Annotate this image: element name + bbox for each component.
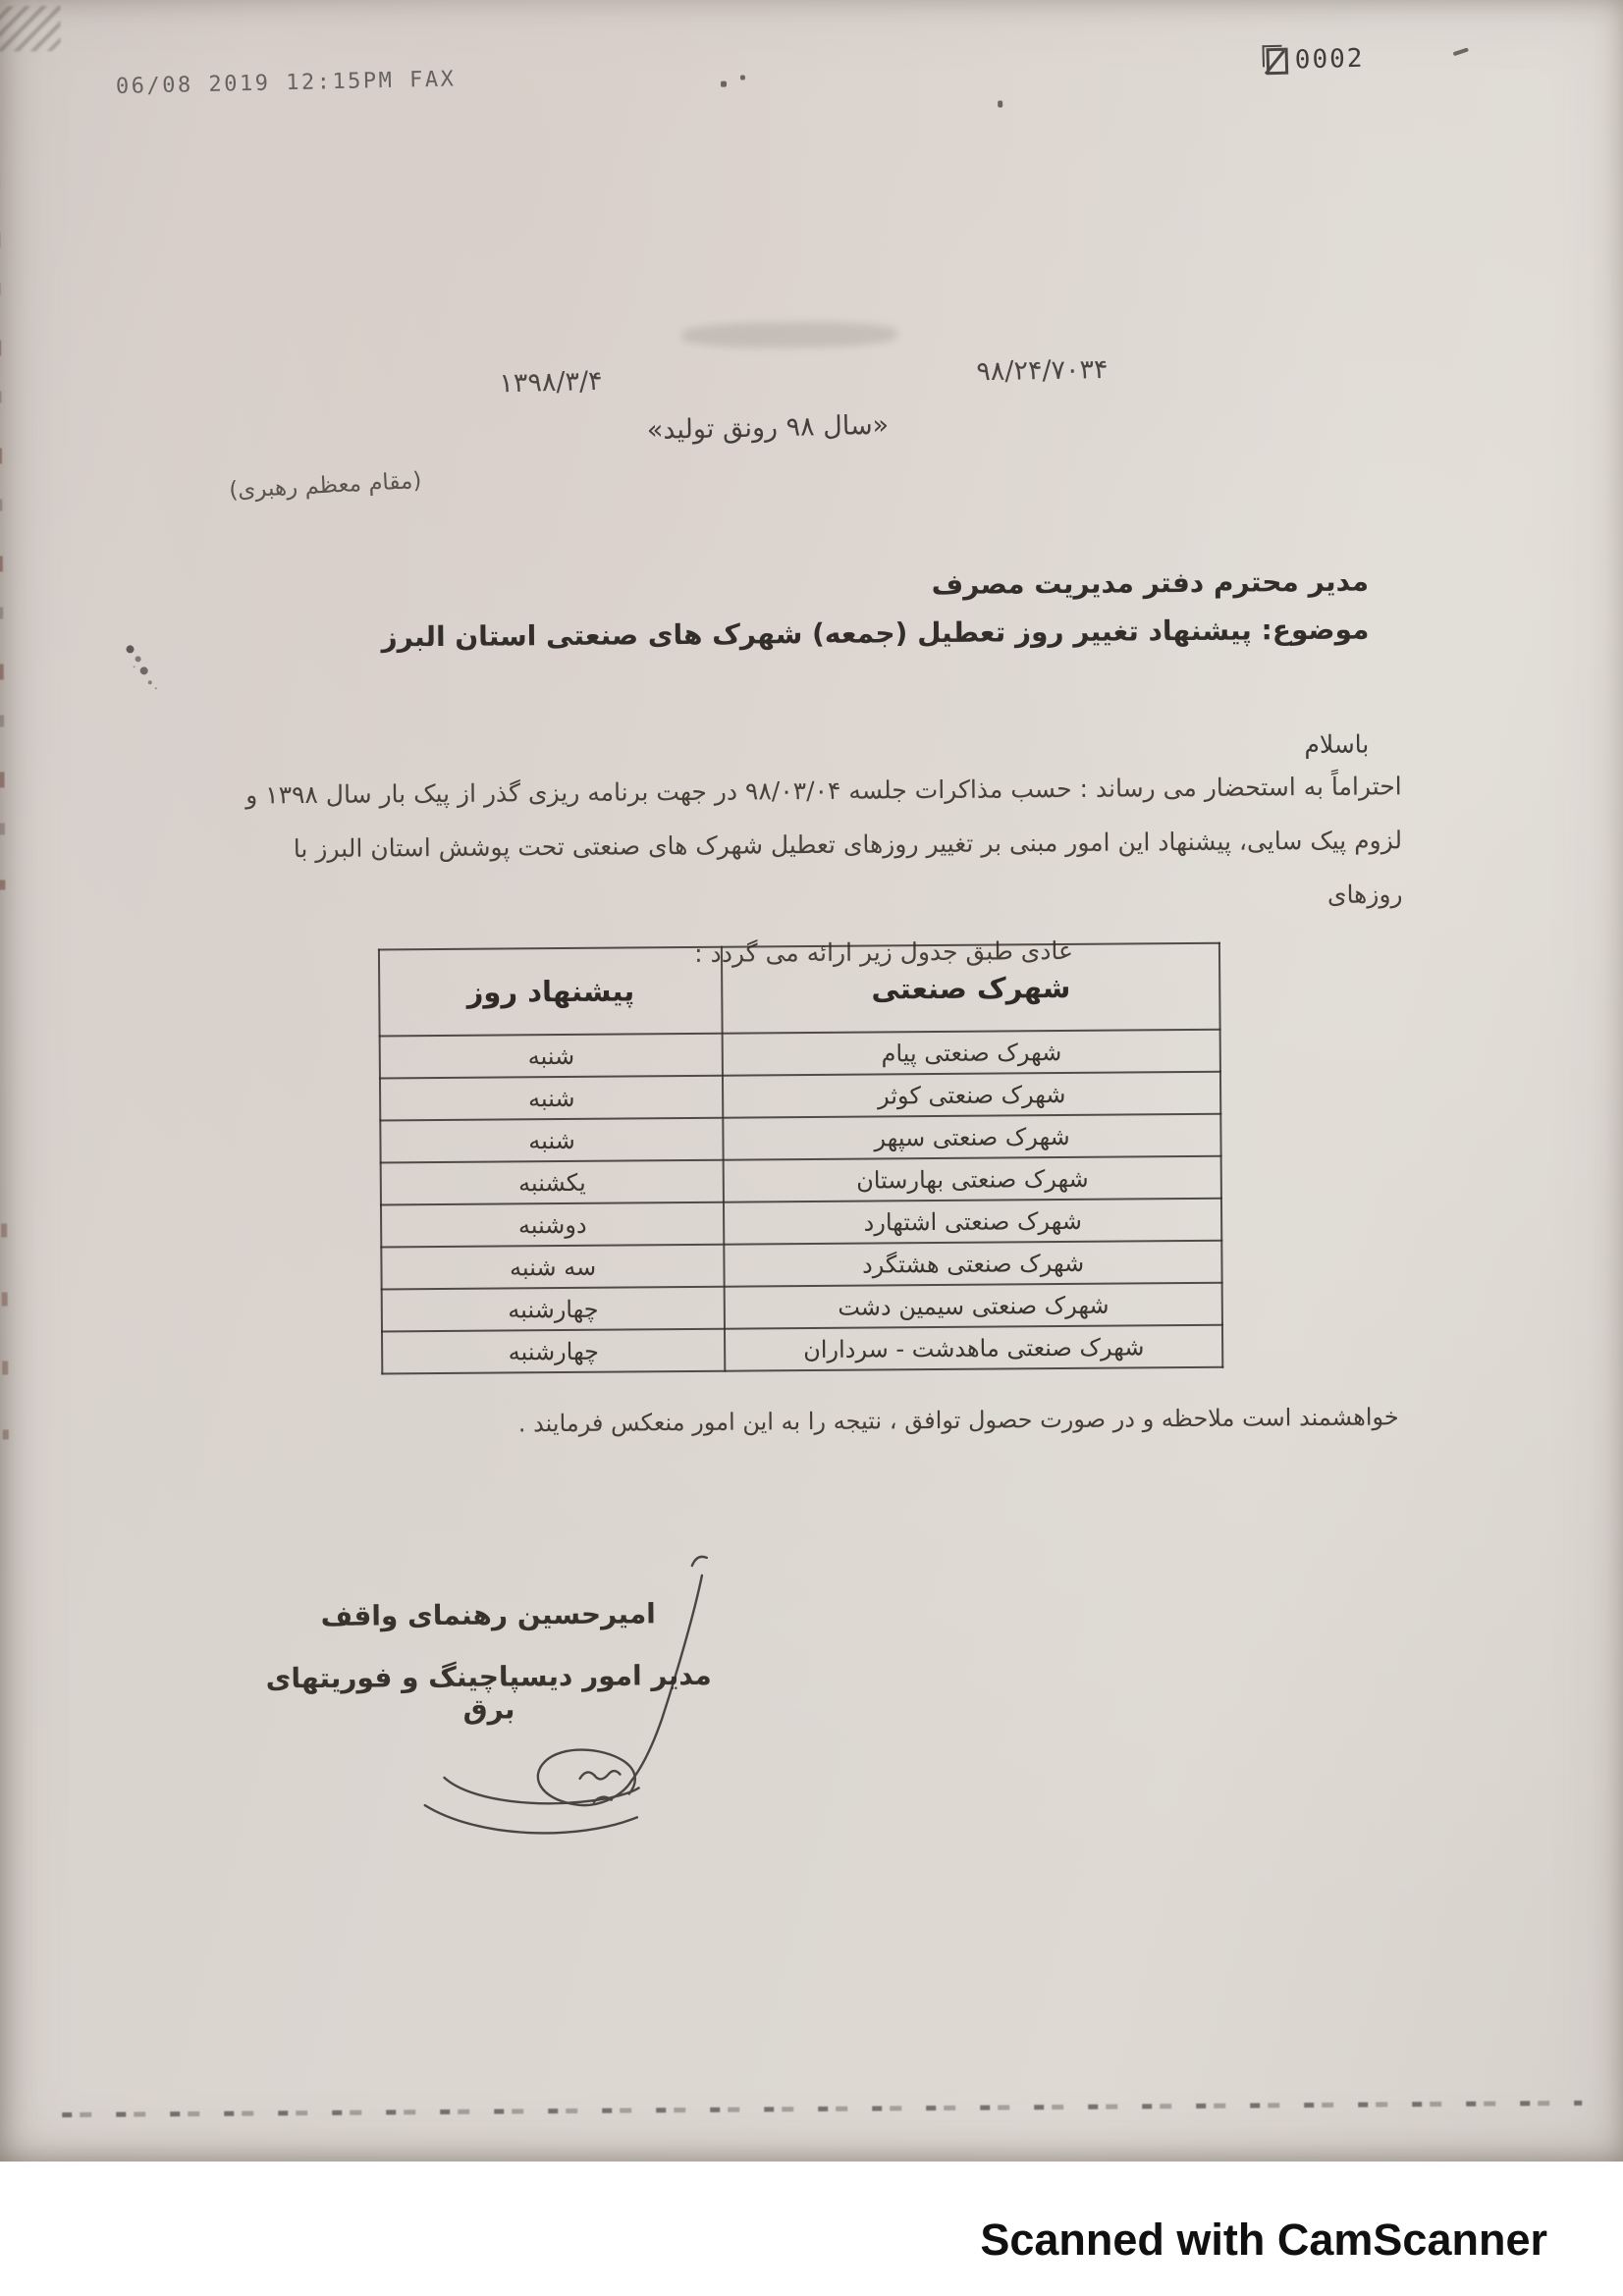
- day-cell: یکشنبه: [381, 1160, 725, 1205]
- fax-timestamp: 06/08 2019 12:15PM FAX: [116, 67, 457, 99]
- day-cell: دوشنبه: [381, 1202, 725, 1248]
- body-line: احتراماً به استحضار می رساند : حسب مذاکر…: [215, 759, 1401, 822]
- town-cell: شهرک صنعتی بهارستان: [724, 1156, 1221, 1202]
- holiday-proposal-table: شهرک صنعتی پیشنهاد روز شهرک صنعتی پیام ش…: [378, 942, 1223, 1375]
- scan-edge-noise: [1, 1223, 9, 1439]
- town-cell: شهرک صنعتی ماهدشت - سرداران: [725, 1325, 1222, 1371]
- table-row: شهرک صنعتی بهارستان یکشنبه: [381, 1156, 1221, 1205]
- table-row: شهرک صنعتی کوثر شنبه: [380, 1072, 1220, 1121]
- town-cell: شهرک صنعتی سیمین دشت: [725, 1283, 1222, 1329]
- signer-title: مدیر امور دیسپاچینگ و فوریتهای برق: [250, 1659, 729, 1728]
- scan-edge-noise: [0, 124, 5, 889]
- fax-page-number: 0002: [1294, 44, 1364, 76]
- day-cell: شنبه: [380, 1034, 724, 1079]
- table-header-row: شهرک صنعتی پیشنهاد روز: [379, 943, 1220, 1037]
- fax-page-icon: [1267, 47, 1289, 75]
- body-line: لزوم پیک سایی، پیشنهاد این امور مبنی بر …: [216, 813, 1403, 930]
- scanned-paper: 06/08 2019 12:15PM FAX 0002 ۹۸/۲۴/۷۰۳۴ ۱…: [0, 0, 1623, 2162]
- fax-page-indicator: 0002: [1266, 44, 1364, 77]
- column-header-day: پیشنهاد روز: [379, 947, 723, 1037]
- leader-attribution: (مقام معظم رهبری): [229, 468, 422, 504]
- salutation: باسلام: [1304, 730, 1369, 760]
- scan-speck: [998, 100, 1002, 107]
- scanned-fax-page: 06/08 2019 12:15PM FAX 0002 ۹۸/۲۴/۷۰۳۴ ۱…: [0, 0, 1623, 2296]
- table-row: شهرک صنعتی سیمین دشت چهارشنبه: [382, 1283, 1222, 1332]
- day-cell: شنبه: [380, 1118, 724, 1163]
- table-row: شهرک صنعتی هشتگرد سه شنبه: [381, 1241, 1221, 1290]
- signature-block: امیرحسین رهنمای واقف مدیر امور دیسپاچینگ…: [249, 1597, 728, 1728]
- day-cell: شنبه: [380, 1076, 724, 1121]
- letter-ref-number: ۹۸/۲۴/۷۰۳۴: [976, 354, 1109, 387]
- scan-speck: [740, 75, 745, 80]
- day-cell: چهارشنبه: [382, 1329, 726, 1374]
- town-cell: شهرک صنعتی اشتهارد: [724, 1199, 1221, 1245]
- column-header-town: شهرک صنعتی: [722, 943, 1219, 1034]
- town-cell: شهرک صنعتی کوثر: [723, 1072, 1220, 1118]
- scan-speck: [1453, 47, 1469, 56]
- table-row: شهرک صنعتی سپهر شنبه: [380, 1114, 1220, 1163]
- day-cell: چهارشنبه: [382, 1287, 726, 1332]
- town-cell: شهرک صنعتی پیام: [723, 1030, 1220, 1076]
- table-row: شهرک صنعتی ماهدشت - سرداران چهارشنبه: [382, 1325, 1222, 1374]
- subject-line: موضوع: پیشنهاد تغییر روز تعطیل (جمعه) شه…: [381, 614, 1369, 654]
- recipient-line: مدیر محترم دفتر مدیریت مصرف: [381, 565, 1369, 606]
- table-row: شهرک صنعتی پیام شنبه: [380, 1030, 1220, 1079]
- paper-content: 06/08 2019 12:15PM FAX 0002 ۹۸/۲۴/۷۰۳۴ ۱…: [0, 0, 1623, 2167]
- signer-name: امیرحسین رهنمای واقف: [249, 1597, 727, 1633]
- year-slogan: «سال ۹۸ رونق تولید»: [646, 410, 889, 446]
- camscanner-watermark: Scanned with CamScanner: [980, 2215, 1547, 2266]
- faint-smudge: [681, 321, 897, 348]
- table-row: شهرک صنعتی اشتهارد دوشنبه: [381, 1199, 1221, 1248]
- recipient-block: مدیر محترم دفتر مدیریت مصرف موضوع: پیشنه…: [381, 565, 1370, 654]
- scan-speck: [721, 81, 727, 87]
- day-cell: سه شنبه: [381, 1245, 725, 1290]
- scan-corner-noise: [0, 6, 61, 52]
- letter-date: ۱۳۹۸/۳/۴: [499, 366, 603, 400]
- ink-blot: [126, 645, 134, 653]
- paper-bottom-edge-noise: [62, 2101, 1582, 2117]
- town-cell: شهرک صنعتی سپهر: [724, 1114, 1221, 1160]
- town-cell: شهرک صنعتی هشتگرد: [725, 1241, 1222, 1287]
- closing-line: خواهشمند است ملاحظه و در صورت حصول توافق…: [518, 1403, 1399, 1437]
